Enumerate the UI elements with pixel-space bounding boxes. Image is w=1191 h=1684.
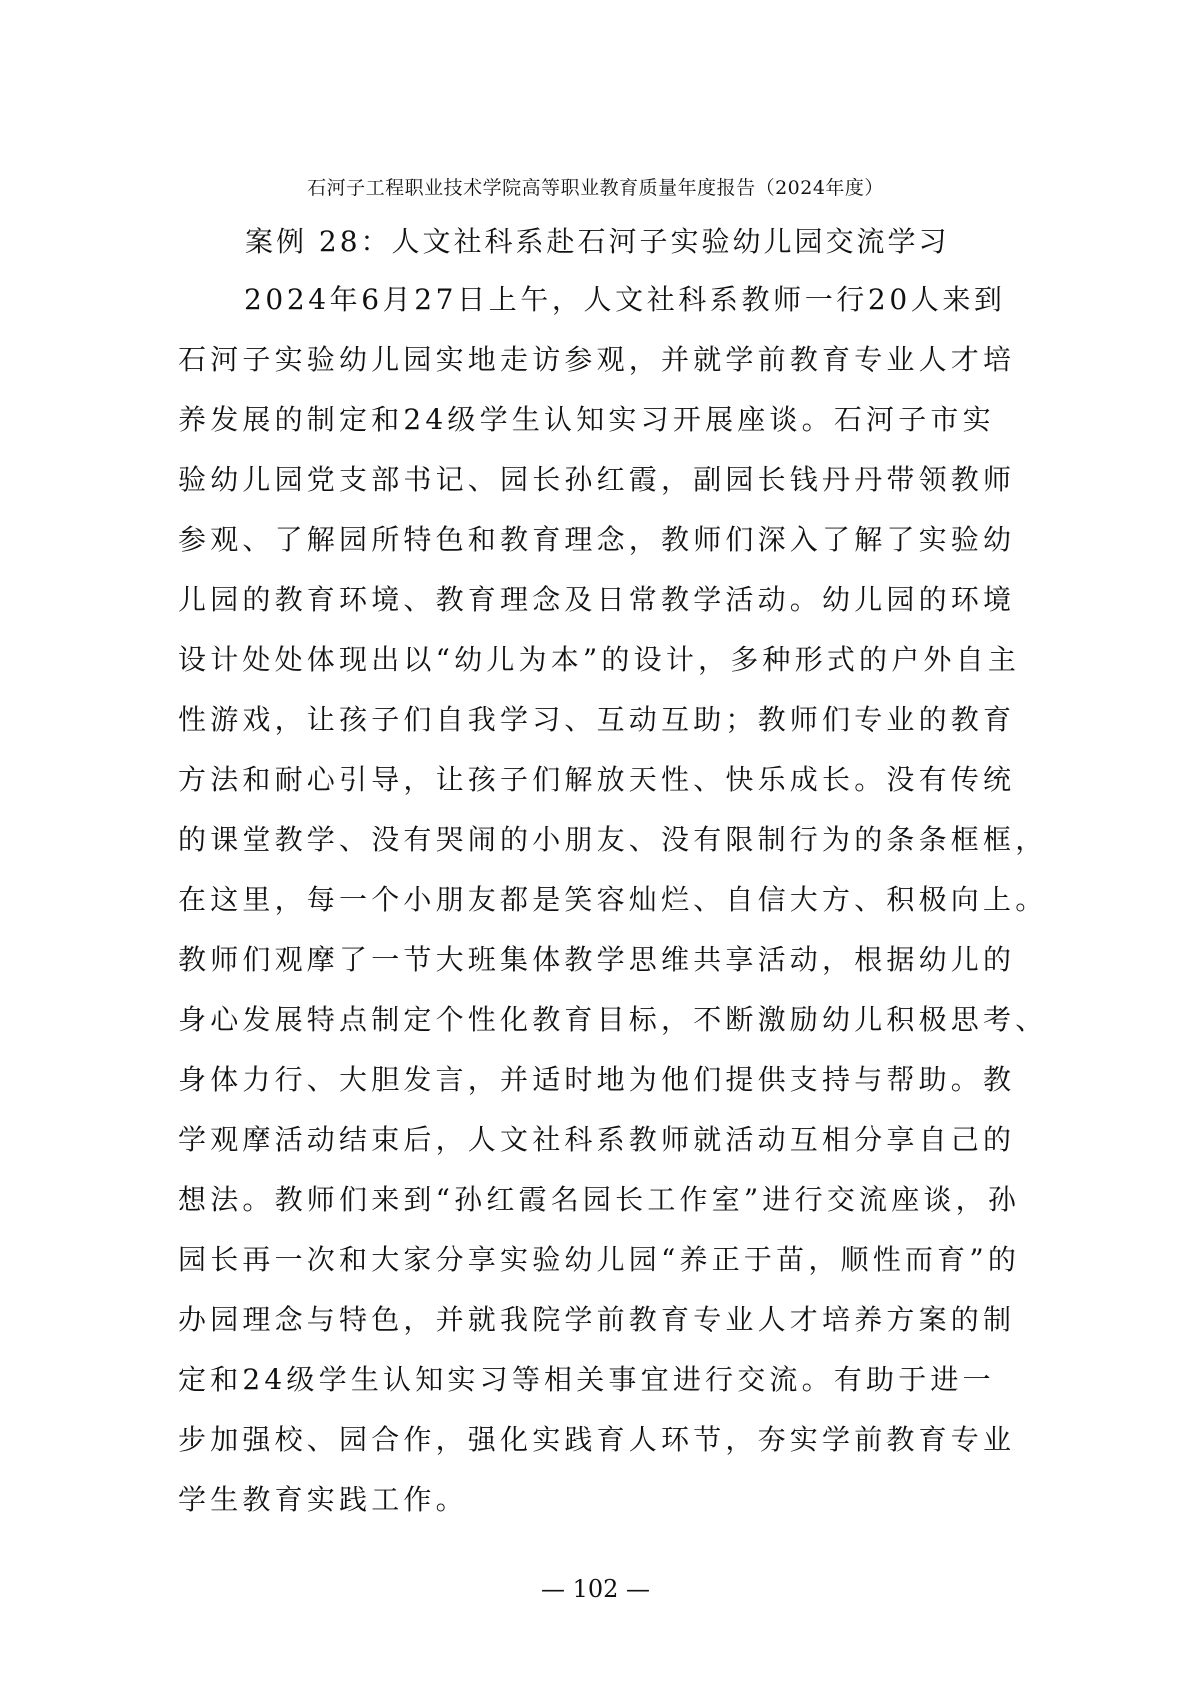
paragraph-line: 参观、了解园所特色和教育理念，教师们深入了解了实验幼 — [178, 520, 1018, 580]
page-number: — 102 — — [0, 1574, 1191, 1604]
paragraph-line: 教师们观摩了一节大班集体教学思维共享活动，根据幼儿的 — [178, 940, 1018, 1000]
paragraph-line: 验幼儿园党支部书记、园长孙红霞，副园长钱丹丹带领教师 — [178, 460, 1018, 520]
paragraph-line: 养发展的制定和24级学生认知实习开展座谈。石河子市实 — [178, 400, 1018, 460]
paragraph-line: 园长再一次和大家分享实验幼儿园“养正于苗，顺性而育”的 — [178, 1240, 1018, 1300]
paragraph-line: 石河子实验幼儿园实地走访参观，并就学前教育专业人才培 — [178, 340, 1018, 400]
paragraph-line: 儿园的教育环境、教育理念及日常教学活动。幼儿园的环境 — [178, 580, 1018, 640]
paragraph-line: 身心发展特点制定个性化教育目标，不断激励幼儿积极思考、 — [178, 1000, 1018, 1060]
paragraph-line: 办园理念与特色，并就我院学前教育专业人才培养方案的制 — [178, 1300, 1018, 1360]
paragraph-line: 性游戏，让孩子们自我学习、互动互助；教师们专业的教育 — [178, 700, 1018, 760]
paragraph-line: 学生教育实践工作。 — [178, 1480, 1018, 1540]
paragraph-line: 想法。教师们来到“孙红霞名园长工作室”进行交流座谈，孙 — [178, 1180, 1018, 1240]
paragraph-line: 的课堂教学、没有哭闹的小朋友、没有限制行为的条条框框， — [178, 820, 1018, 880]
paragraph-line: 设计处处体现出以“幼儿为本”的设计，多种形式的户外自主 — [178, 640, 1018, 700]
paragraph-line: 定和24级学生认知实习等相关事宜进行交流。有助于进一 — [178, 1360, 1018, 1420]
paragraph-line: 2024年6月27日上午，人文社科系教师一行20人来到 — [178, 280, 1018, 340]
paragraph-line: 身体力行、大胆发言，并适时地为他们提供支持与帮助。教 — [178, 1060, 1018, 1120]
article-body: 2024年6月27日上午，人文社科系教师一行20人来到 石河子实验幼儿园实地走访… — [178, 280, 1018, 1540]
case-title: 案例 28：人文社科系赴石河子实验幼儿园交流学习 — [245, 222, 1005, 262]
paragraph-line: 学观摩活动结束后，人文社科系教师就活动互相分享自己的 — [178, 1120, 1018, 1180]
paragraph-line: 方法和耐心引导，让孩子们解放天性、快乐成长。没有传统 — [178, 760, 1018, 820]
paragraph-line: 在这里，每一个小朋友都是笑容灿烂、自信大方、积极向上。 — [178, 880, 1018, 940]
running-header: 石河子工程职业技术学院高等职业教育质量年度报告（2024年度） — [0, 176, 1191, 200]
paragraph-line: 步加强校、园合作，强化实践育人环节，夯实学前教育专业 — [178, 1420, 1018, 1480]
